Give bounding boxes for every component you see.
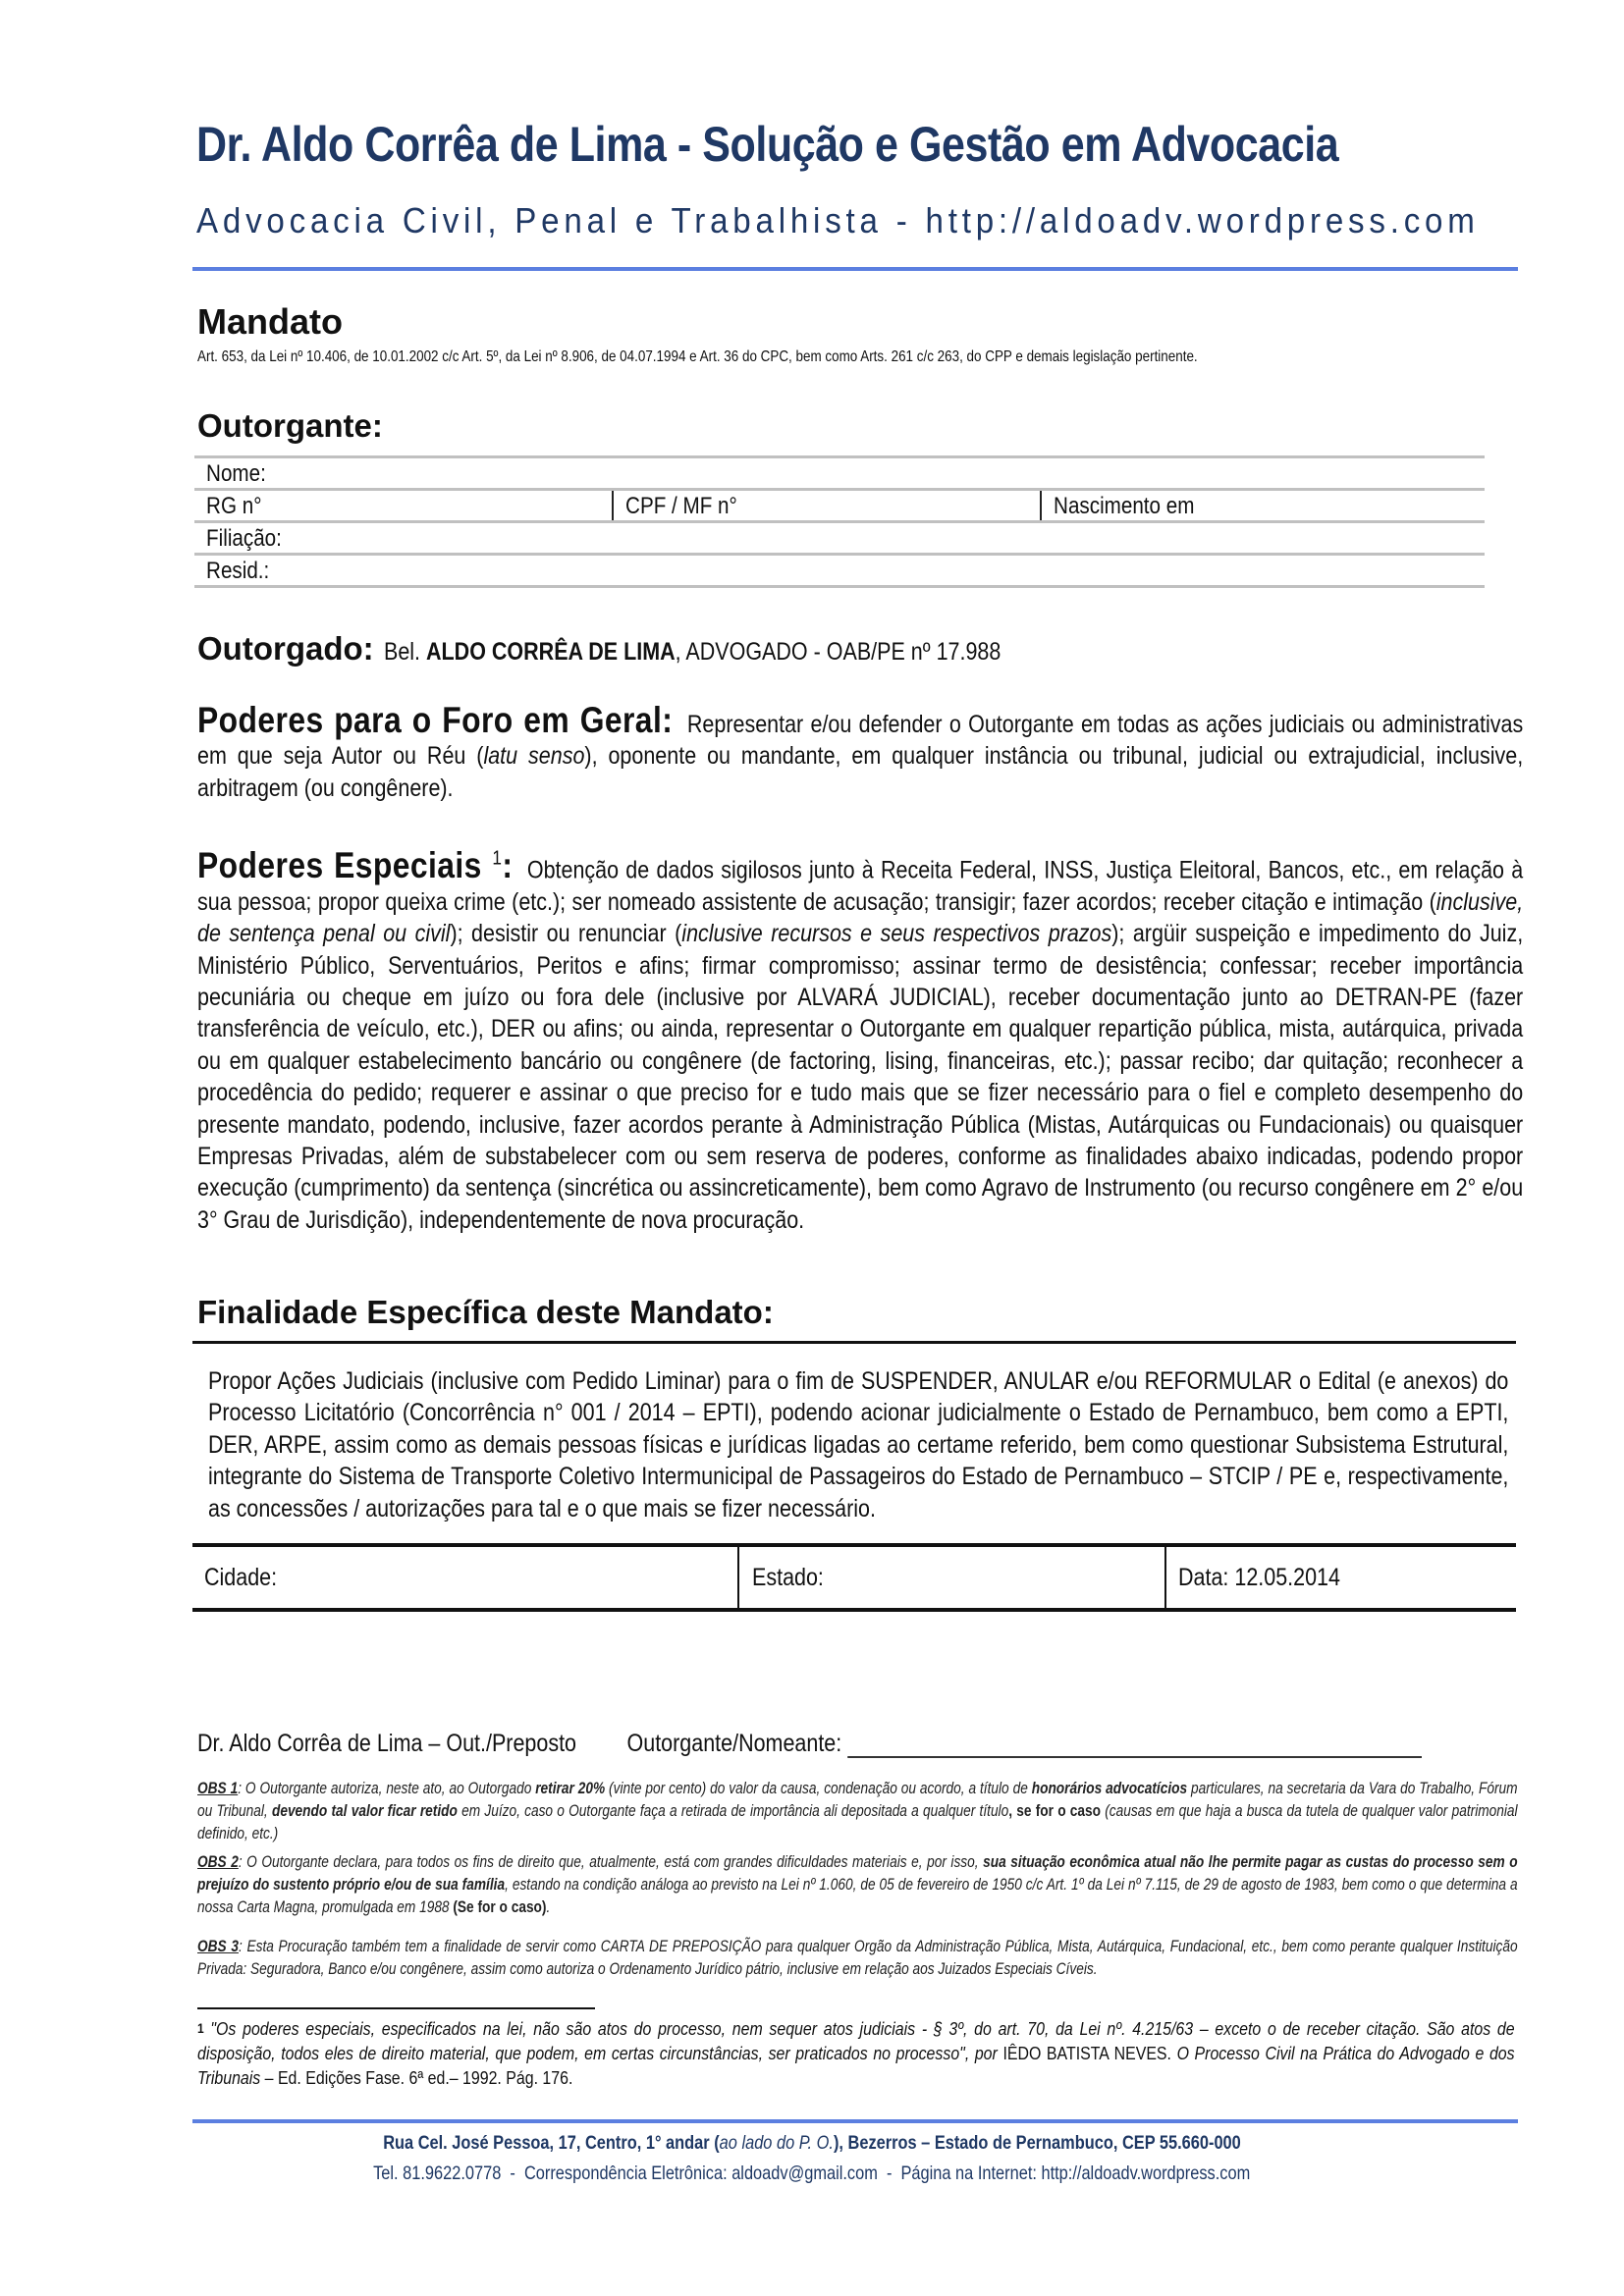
legal-basis: Art. 653, da Lei nº 10.406, de 10.01.200…: [197, 348, 1198, 366]
obs-text: honorários advocatícios: [1032, 1780, 1187, 1797]
obs-text: : O Outorgante autoriza, neste ato, ao O…: [238, 1780, 535, 1797]
footnote-number: 1: [197, 2020, 204, 2036]
obs-text: em Juízo, caso o Outorgante faça a retir…: [458, 1802, 1008, 1820]
footnote: 1 "Os poderes especiais, especificados n…: [197, 2016, 1515, 2090]
outorgante-table: Nome: RG n° CPF / MF n° Nascimento em Fi…: [194, 455, 1485, 588]
outorgante-heading: Outorgante:: [197, 407, 383, 445]
poderes-especiais-text: ); desistir ou renunciar (: [450, 920, 681, 947]
outorgado-name: ALDO CORRÊA DE LIMA: [426, 638, 676, 666]
nascimento-field[interactable]: Nascimento em: [1042, 491, 1194, 520]
filiacao-row: Filiação:: [194, 520, 1485, 553]
outorgado-oab: , ADVOGADO - OAB/PE nº 17.988: [676, 638, 1001, 666]
footnote-reference[interactable]: 1: [492, 848, 502, 870]
outorgante-signature-label: Outorgante/Nomeante:: [627, 1730, 842, 1757]
place-date-table: Cidade: Estado: Data: 12.05.2014: [192, 1543, 1516, 1612]
obs-text: retirar 20%: [535, 1780, 605, 1797]
poderes-especiais-section: Poderes Especiais 1: Obtenção de dados s…: [197, 843, 1523, 1236]
outorgante-signature-field[interactable]: [847, 1735, 1422, 1758]
rg-field[interactable]: RG n°: [194, 491, 261, 520]
obs-text: .: [546, 1898, 550, 1916]
footnote-separator: [197, 2007, 595, 2009]
obs-3: OBS 3: Esta Procuração também tem a fina…: [197, 1936, 1518, 1981]
obs-text: (Se for o caso): [453, 1898, 546, 1916]
filiacao-field[interactable]: Filiação:: [194, 523, 282, 553]
footer-address-text: Rua Cel. José Pessoa, 17, Centro, 1° and…: [383, 2132, 719, 2154]
signature-line: Dr. Aldo Corrêa de Lima – Out./Preposto …: [197, 1730, 1422, 1758]
footer-address-note: ao lado do P. O.: [720, 2132, 834, 2154]
obs-text: devendo tal valor ficar retido: [272, 1802, 458, 1820]
finalidade-text: Propor Ações Judiciais (inclusive com Pe…: [208, 1365, 1508, 1524]
footnote-author: IÊDO BATISTA NEVES.: [1002, 2043, 1176, 2063]
poderes-especiais-heading: Poderes Especiais 1:: [197, 845, 513, 885]
footer-contact: Tel. 81.9622.0778 - Correspondência Elet…: [0, 2163, 1624, 2185]
nome-row: Nome:: [194, 455, 1485, 488]
cpf-field[interactable]: CPF / MF n°: [614, 491, 737, 520]
outorgado-line: Outorgado: Bel. ALDO CORRÊA DE LIMA, ADV…: [197, 630, 1103, 667]
obs-2: OBS 2: O Outorgante declara, para todos …: [197, 1851, 1518, 1919]
data-field[interactable]: Data: 12.05.2014: [1178, 1547, 1340, 1608]
finalidade-heading: Finalidade Específica deste Mandato:: [197, 1294, 774, 1331]
footer-address-text: ), Bezerros – Estado de Pernambuco, CEP …: [834, 2132, 1241, 2154]
obs-text: : Esta Procuração também tem a finalidad…: [197, 1938, 1518, 1978]
estado-field[interactable]: Estado:: [752, 1547, 824, 1608]
resid-row: Resid.:: [194, 553, 1485, 588]
documents-row: RG n° CPF / MF n° Nascimento em: [194, 488, 1485, 520]
document-title: Mandato: [197, 301, 343, 343]
obs-text: : O Outorgante declara, para todos os fi…: [239, 1853, 983, 1871]
poderes-foro-heading: Poderes para o Foro em Geral:: [197, 700, 673, 740]
obs-text: , se for o caso: [1008, 1802, 1101, 1820]
footer-divider: [192, 2119, 1518, 2123]
column-divider: [1164, 1547, 1166, 1608]
letterhead-title: Dr. Aldo Corrêa de Lima - Solução e Gest…: [196, 116, 1338, 173]
obs-tag: OBS 3: [197, 1938, 239, 1955]
poderes-especiais-italic: inclusive recursos e seus respectivos pr…: [681, 920, 1111, 947]
footer-contact-text: Tel. 81.9622.0778 - Correspondência Elet…: [373, 2163, 1250, 2185]
poderes-especiais-title: Poderes Especiais: [197, 845, 482, 885]
obs-text: (vinte por cento) do valor da causa, con…: [605, 1780, 1032, 1797]
obs-1: OBS 1: O Outorgante autoriza, neste ato,…: [197, 1778, 1518, 1845]
finalidade-divider: [192, 1341, 1516, 1344]
outorgado-details: Bel. ALDO CORRÊA DE LIMA, ADVOGADO - OAB…: [378, 638, 1001, 667]
header-divider: [192, 267, 1518, 271]
footnote-edition: – Ed. Edições Fase. 6ª ed.– 1992. Pág. 1…: [260, 2067, 572, 2088]
poderes-especiais-text: ); argüir suspeição e impedimento do Jui…: [197, 920, 1523, 1234]
column-divider: [737, 1547, 739, 1608]
obs-tag: OBS 1: [197, 1780, 238, 1797]
poderes-foro-section: Poderes para o Foro em Geral: Representa…: [197, 705, 1523, 804]
outorgado-prefix: Bel.: [384, 638, 420, 666]
letterhead-subtitle: Advocacia Civil, Penal e Trabalhista - h…: [196, 200, 1480, 241]
outorgado-signature: Dr. Aldo Corrêa de Lima – Out./Preposto: [197, 1730, 576, 1757]
nome-field[interactable]: Nome:: [194, 458, 266, 488]
outorgado-heading: Outorgado:: [197, 630, 374, 667]
obs-tag: OBS 2: [197, 1853, 239, 1871]
poderes-foro-italic: latu senso: [483, 742, 584, 770]
cidade-field[interactable]: Cidade:: [204, 1547, 277, 1608]
resid-field[interactable]: Resid.:: [194, 556, 269, 585]
footer-address: Rua Cel. José Pessoa, 17, Centro, 1° and…: [0, 2132, 1624, 2155]
